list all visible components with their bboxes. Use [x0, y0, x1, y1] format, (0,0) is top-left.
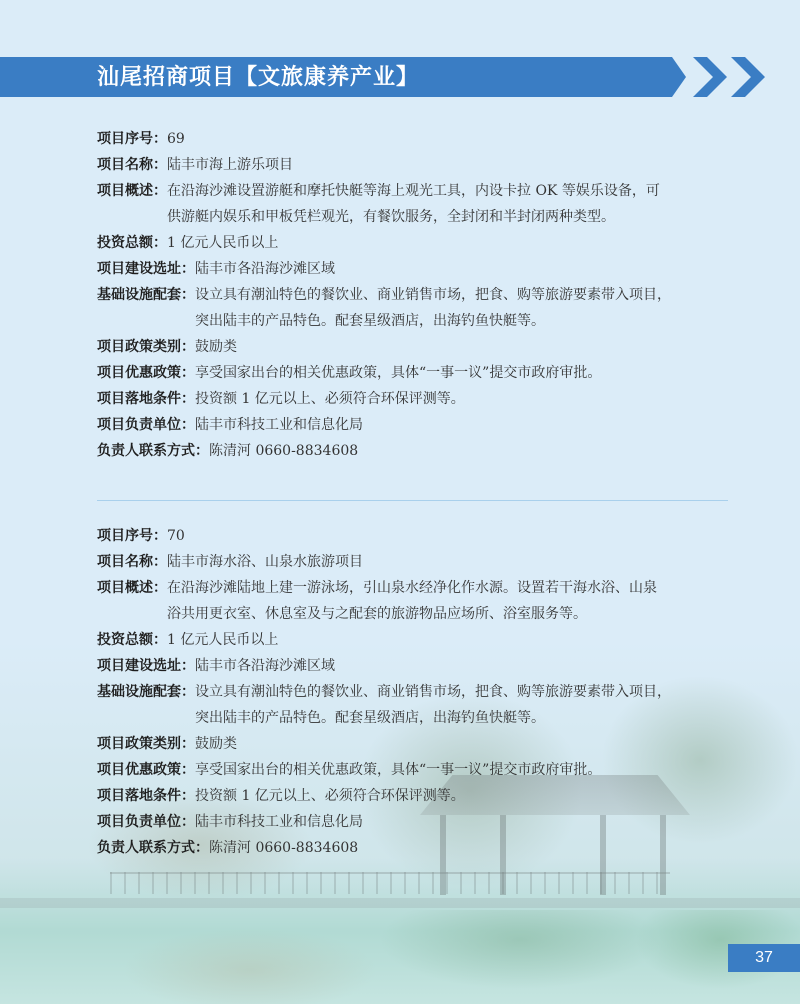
field-value-line: 陈清河 0660-8834608 [209, 438, 737, 464]
field-label: 项目政策类别： [97, 334, 195, 360]
field-row: 项目优惠政策：享受国家出台的相关优惠政策，具体“一事一议”提交市政府审批。 [97, 360, 737, 386]
field-value-line: 投资额 1 亿元以上、必须符合环保评测等。 [195, 783, 737, 809]
field-value: 设立具有潮汕特色的餐饮业、商业销售市场，把食、购等旅游要素带入项目，突出陆丰的产… [195, 282, 737, 334]
field-label: 项目落地条件： [97, 783, 195, 809]
field-row: 项目落地条件：投资额 1 亿元以上、必须符合环保评测等。 [97, 783, 737, 809]
field-label: 项目优惠政策： [97, 360, 195, 386]
field-label: 项目名称： [97, 152, 167, 178]
field-value-line: 突出陆丰的产品特色。配套星级酒店，出海钓鱼快艇等。 [195, 705, 737, 731]
field-value-line: 1 亿元人民币以上 [167, 627, 737, 653]
field-row: 项目政策类别：鼓励类 [97, 334, 737, 360]
field-value-line: 陆丰市海上游乐项目 [167, 152, 737, 178]
field-value-line: 陆丰市各沿海沙滩区域 [195, 256, 737, 282]
field-value-line: 设立具有潮汕特色的餐饮业、商业销售市场，把食、购等旅游要素带入项目， [195, 282, 737, 308]
field-value: 鼓励类 [195, 731, 737, 757]
field-row: 基础设施配套：设立具有潮汕特色的餐饮业、商业销售市场，把食、购等旅游要素带入项目… [97, 679, 737, 731]
field-value: 在沿海沙滩陆地上建一游泳场，引山泉水经净化作水源。设置若干海水浴、山泉浴共用更衣… [167, 575, 737, 627]
field-row: 项目优惠政策：享受国家出台的相关优惠政策，具体“一事一议”提交市政府审批。 [97, 757, 737, 783]
water-reflection-graphic [0, 910, 800, 1004]
field-value: 70 [167, 523, 737, 549]
field-row: 项目名称：陆丰市海水浴、山泉水旅游项目 [97, 549, 737, 575]
field-value: 鼓励类 [195, 334, 737, 360]
field-value: 陆丰市各沿海沙滩区域 [195, 256, 737, 282]
field-row: 项目负责单位：陆丰市科技工业和信息化局 [97, 412, 737, 438]
field-label: 基础设施配套： [97, 679, 195, 705]
field-row: 项目名称：陆丰市海上游乐项目 [97, 152, 737, 178]
waterline-graphic [0, 898, 800, 908]
field-row: 负责人联系方式：陈清河 0660-8834608 [97, 835, 737, 861]
project-section-69: 项目序号：69项目名称：陆丰市海上游乐项目项目概述：在沿海沙滩设置游艇和摩托快艇… [97, 126, 737, 464]
field-value-line: 1 亿元人民币以上 [167, 230, 737, 256]
field-value: 陈清河 0660-8834608 [209, 438, 737, 464]
field-label: 项目优惠政策： [97, 757, 195, 783]
field-value-line: 投资额 1 亿元以上、必须符合环保评测等。 [195, 386, 737, 412]
field-value-line: 陆丰市科技工业和信息化局 [195, 809, 737, 835]
field-value: 陆丰市科技工业和信息化局 [195, 412, 737, 438]
field-label: 项目序号： [97, 523, 167, 549]
field-row: 项目落地条件：投资额 1 亿元以上、必须符合环保评测等。 [97, 386, 737, 412]
field-value: 69 [167, 126, 737, 152]
field-value-line: 享受国家出台的相关优惠政策，具体“一事一议”提交市政府审批。 [195, 757, 737, 783]
field-value-line: 设立具有潮汕特色的餐饮业、商业销售市场，把食、购等旅游要素带入项目， [195, 679, 737, 705]
field-row: 项目政策类别：鼓励类 [97, 731, 737, 757]
field-value: 设立具有潮汕特色的餐饮业、商业销售市场，把食、购等旅游要素带入项目，突出陆丰的产… [195, 679, 737, 731]
chevron-right-icon [731, 57, 765, 97]
field-value: 1 亿元人民币以上 [167, 230, 737, 256]
page-number-badge: 37 [728, 944, 800, 972]
chevron-right-icon [693, 57, 727, 97]
field-label: 项目建设选址： [97, 256, 195, 282]
field-value-line: 鼓励类 [195, 334, 737, 360]
project-section-70: 项目序号：70项目名称：陆丰市海水浴、山泉水旅游项目项目概述：在沿海沙滩陆地上建… [97, 523, 737, 861]
brochure-page: 汕尾招商项目【文旅康养产业】 项目序号：69项目名称：陆丰市海上游乐项目项目概述… [0, 0, 800, 1004]
field-value: 享受国家出台的相关优惠政策，具体“一事一议”提交市政府审批。 [195, 757, 737, 783]
field-value-line: 在沿海沙滩设置游艇和摩托快艇等海上观光工具，内设卡拉 OK 等娱乐设备，可 [167, 178, 737, 204]
field-label: 项目序号： [97, 126, 167, 152]
field-value: 在沿海沙滩设置游艇和摩托快艇等海上观光工具，内设卡拉 OK 等娱乐设备，可供游艇… [167, 178, 737, 230]
field-label: 基础设施配套： [97, 282, 195, 308]
field-row: 投资总额：1 亿元人民币以上 [97, 627, 737, 653]
field-value-line: 陆丰市海水浴、山泉水旅游项目 [167, 549, 737, 575]
field-label: 项目负责单位： [97, 412, 195, 438]
field-value-line: 浴共用更衣室、休息室及与之配套的旅游物品应场所、浴室服务等。 [167, 601, 737, 627]
field-label: 项目建设选址： [97, 653, 195, 679]
field-value-line: 69 [167, 126, 737, 152]
field-label: 项目概述： [97, 575, 167, 601]
field-value: 陆丰市海上游乐项目 [167, 152, 737, 178]
field-value-line: 供游艇内娱乐和甲板凭栏观光，有餐饮服务，全封闭和半封闭两种类型。 [167, 204, 737, 230]
field-label: 负责人联系方式： [97, 835, 209, 861]
field-value-line: 突出陆丰的产品特色。配套星级酒店，出海钓鱼快艇等。 [195, 308, 737, 334]
field-row: 基础设施配套：设立具有潮汕特色的餐饮业、商业销售市场，把食、购等旅游要素带入项目… [97, 282, 737, 334]
deck-railing-graphic [110, 872, 670, 894]
field-value-line: 享受国家出台的相关优惠政策，具体“一事一议”提交市政府审批。 [195, 360, 737, 386]
field-value-line: 陆丰市科技工业和信息化局 [195, 412, 737, 438]
field-row: 投资总额：1 亿元人民币以上 [97, 230, 737, 256]
field-row: 负责人联系方式：陈清河 0660-8834608 [97, 438, 737, 464]
field-row: 项目概述：在沿海沙滩陆地上建一游泳场，引山泉水经净化作水源。设置若干海水浴、山泉… [97, 575, 737, 627]
field-label: 项目概述： [97, 178, 167, 204]
field-row: 项目建设选址：陆丰市各沿海沙滩区域 [97, 256, 737, 282]
field-value: 投资额 1 亿元以上、必须符合环保评测等。 [195, 386, 737, 412]
field-label: 负责人联系方式： [97, 438, 209, 464]
page-title: 汕尾招商项目【文旅康养产业】 [97, 62, 419, 94]
field-value: 陆丰市海水浴、山泉水旅游项目 [167, 549, 737, 575]
field-label: 项目名称： [97, 549, 167, 575]
section-divider [97, 500, 728, 501]
field-value-line: 陈清河 0660-8834608 [209, 835, 737, 861]
field-value: 享受国家出台的相关优惠政策，具体“一事一议”提交市政府审批。 [195, 360, 737, 386]
field-label: 项目政策类别： [97, 731, 195, 757]
field-value-line: 在沿海沙滩陆地上建一游泳场，引山泉水经净化作水源。设置若干海水浴、山泉 [167, 575, 737, 601]
field-label: 项目负责单位： [97, 809, 195, 835]
field-label: 项目落地条件： [97, 386, 195, 412]
field-value-line: 70 [167, 523, 737, 549]
field-row: 项目序号：70 [97, 523, 737, 549]
field-value: 投资额 1 亿元以上、必须符合环保评测等。 [195, 783, 737, 809]
field-row: 项目负责单位：陆丰市科技工业和信息化局 [97, 809, 737, 835]
field-row: 项目序号：69 [97, 126, 737, 152]
field-value: 陈清河 0660-8834608 [209, 835, 737, 861]
field-value: 陆丰市科技工业和信息化局 [195, 809, 737, 835]
field-label: 投资总额： [97, 230, 167, 256]
field-value-line: 鼓励类 [195, 731, 737, 757]
field-row: 项目建设选址：陆丰市各沿海沙滩区域 [97, 653, 737, 679]
field-value: 1 亿元人民币以上 [167, 627, 737, 653]
field-value-line: 陆丰市各沿海沙滩区域 [195, 653, 737, 679]
field-label: 投资总额： [97, 627, 167, 653]
field-value: 陆丰市各沿海沙滩区域 [195, 653, 737, 679]
field-row: 项目概述：在沿海沙滩设置游艇和摩托快艇等海上观光工具，内设卡拉 OK 等娱乐设备… [97, 178, 737, 230]
